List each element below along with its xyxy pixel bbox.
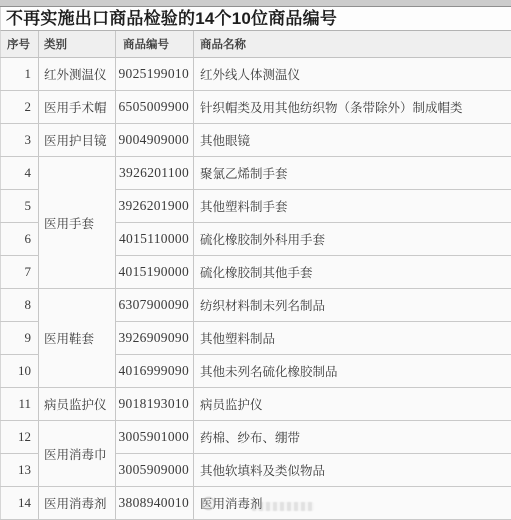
name-cell: 纺织材料制未列名制品 [194,289,511,322]
name-cell: 其他塑料制手套 [194,190,511,223]
row-number-cell: 4 [1,157,39,190]
table-body: 1红外测温仪9025199010红外线人体测温仪2医用手术帽6505009900… [1,58,511,520]
category-cell: 医用手套 [39,157,116,289]
category-cell: 医用消毒巾 [39,421,116,487]
row-number-cell: 6 [1,223,39,256]
header-name: 商品名称 [194,31,511,58]
code-cell: 6307900090 [116,289,194,322]
code-cell: 3005901000 [116,421,194,454]
code-cell: 9025199010 [116,58,194,91]
row-number-cell: 12 [1,421,39,454]
code-cell: 6505009900 [116,91,194,124]
table-row: 2医用手术帽6505009900针织帽类及用其他纺织物（条带除外）制成帽类 [1,91,511,124]
table-row: 8医用鞋套6307900090纺织材料制未列名制品 [1,289,511,322]
document-page: 不再实施出口商品检验的14个10位商品编号 序号 类别 商品编号 商品名称 1红… [0,0,511,520]
row-number-cell: 14 [1,487,39,520]
table-row: 14医用消毒剂3808940010医用消毒剂 [1,487,511,520]
code-cell: 3926201100 [116,157,194,190]
category-cell: 医用消毒剂 [39,487,116,520]
category-cell: 红外测温仪 [39,58,116,91]
table-row: 1红外测温仪9025199010红外线人体测温仪 [1,58,511,91]
code-cell: 9018193010 [116,388,194,421]
header-row: 序号 类别 商品编号 商品名称 [1,31,511,58]
category-cell: 医用护目镜 [39,124,116,157]
row-number-cell: 13 [1,454,39,487]
header-no: 序号 [1,31,39,58]
category-cell: 医用鞋套 [39,289,116,388]
name-cell: 红外线人体测温仪 [194,58,511,91]
code-cell: 3926909090 [116,322,194,355]
table-row: 4医用手套3926201100聚氯乙烯制手套 [1,157,511,190]
row-number-cell: 8 [1,289,39,322]
row-number-cell: 1 [1,58,39,91]
code-cell: 4015190000 [116,256,194,289]
top-edge-strip [0,0,511,7]
row-number-cell: 5 [1,190,39,223]
code-cell: 3005909000 [116,454,194,487]
name-cell: 其他未列名硫化橡胶制品 [194,355,511,388]
name-cell: 硫化橡胶制其他手套 [194,256,511,289]
commodity-table: 序号 类别 商品编号 商品名称 1红外测温仪9025199010红外线人体测温仪… [0,31,511,520]
code-cell: 4015110000 [116,223,194,256]
name-cell: 药棉、纱布、绷带 [194,421,511,454]
table-row: 12医用消毒巾3005901000药棉、纱布、绷带 [1,421,511,454]
row-number-cell: 7 [1,256,39,289]
row-number-cell: 9 [1,322,39,355]
name-cell: 其他软填料及类似物品 [194,454,511,487]
row-number-cell: 2 [1,91,39,124]
row-number-cell: 11 [1,388,39,421]
category-cell: 病员监护仪 [39,388,116,421]
name-cell: 医用消毒剂 [194,487,511,520]
code-cell: 3808940010 [116,487,194,520]
name-cell: 针织帽类及用其他纺织物（条带除外）制成帽类 [194,91,511,124]
table-row: 3医用护目镜9004909000其他眼镜 [1,124,511,157]
table-row: 11病员监护仪9018193010病员监护仪 [1,388,511,421]
code-cell: 4016999090 [116,355,194,388]
table-header: 序号 类别 商品编号 商品名称 [1,31,511,58]
row-number-cell: 10 [1,355,39,388]
name-cell: 硫化橡胶制外科用手套 [194,223,511,256]
row-number-cell: 3 [1,124,39,157]
page-title: 不再实施出口商品检验的14个10位商品编号 [0,7,511,31]
header-code: 商品编号 [116,31,194,58]
category-cell: 医用手术帽 [39,91,116,124]
code-cell: 9004909000 [116,124,194,157]
name-cell: 其他眼镜 [194,124,511,157]
name-cell: 其他塑料制品 [194,322,511,355]
header-category: 类别 [39,31,116,58]
name-cell: 聚氯乙烯制手套 [194,157,511,190]
code-cell: 3926201900 [116,190,194,223]
name-cell: 病员监护仪 [194,388,511,421]
